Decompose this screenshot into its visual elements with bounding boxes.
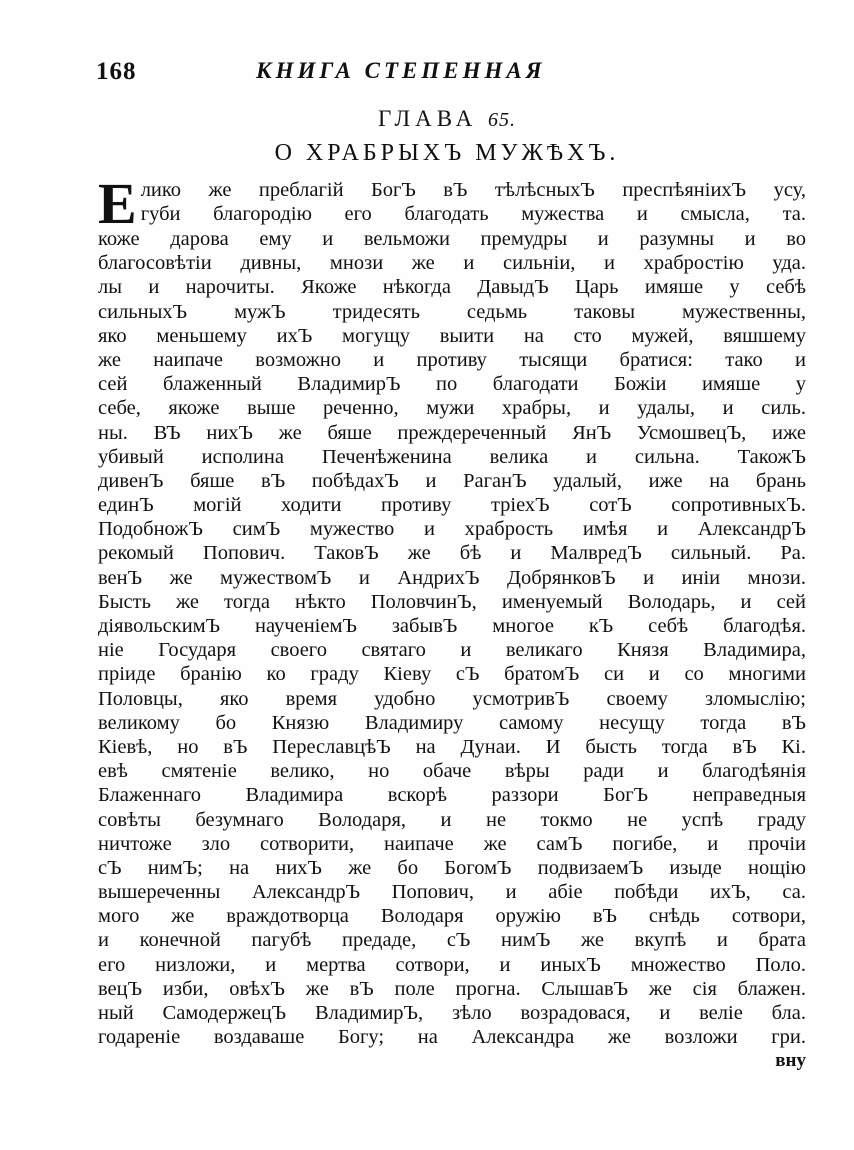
text-line: сЪ нимЪ; на нихЪ же бо БогомЪ подвизаемЪ… [98,856,806,880]
text-line: сей блаженный ВладимирЪ по благодати Бож… [98,372,806,396]
text-line: губи благородію его благодать мужества и… [98,202,806,226]
chapter-label: ГЛАВА [378,106,477,131]
chapter-number: 65. [488,109,516,131]
text-line: и конечной пагубѣ предаде, сЪ нимЪ же вк… [98,928,806,952]
text-line: ный СамодержецЪ ВладимирЪ, зѣло возрадов… [98,1001,806,1025]
text-line: Половцы, яко время удобно усмотривЪ свое… [98,687,806,711]
body-text: Е лико же преблагій БогЪ вЪ тѣлѣсныхЪ пр… [98,178,806,1074]
text-line: коже дарова ему и вельможи премудры и ра… [98,227,806,251]
text-line: единЪ могій ходити противу тріехЪ сотЪ с… [98,493,806,517]
text-line: евѣ смятеніе велико, но обаче вѣры ради … [98,759,806,783]
chapter-heading: ГЛАВА 65. [0,106,854,132]
catchword: вну [98,1049,806,1073]
text-line: дивенЪ бяше вЪ побѣдахЪ и РаганЪ удалый,… [98,469,806,493]
text-line: великому бо Князю Владимиру самому несущ… [98,711,806,735]
text-line: убивый исполина Печенѣженина велика и си… [98,445,806,469]
text-line: Блаженнаго Владимира вскорѣ раззори БогЪ… [98,783,806,807]
text-line: яко меньшему ихЪ могущу выити на сто муж… [98,324,806,348]
drop-cap: Е [98,181,137,227]
text-line: себе, якоже выше реченно, мужи храбры, и… [98,396,806,420]
text-line: венЪ же мужествомЪ и АндрихЪ ДобрянковЪ … [98,566,806,590]
text-line: мого же враждотворца Володаря оружію вЪ … [98,904,806,928]
text-line: ны. ВЪ нихЪ же бяше преждереченный ЯнЪ У… [98,421,806,445]
text-line: годареніе воздаваше Богу; на Александра … [98,1025,806,1049]
chapter-title: О ХРАБРЫХЪ МУЖѢХЪ. [0,140,854,167]
text-line: Кіевѣ, но вЪ ПереславцѣЪ на Дунаи. И быс… [98,735,806,759]
running-header: 168 КНИГА СТЕПЕННАЯ [96,58,816,92]
first-paragraph-opening: Е лико же преблагій БогЪ вЪ тѣлѣсныхЪ пр… [98,178,806,227]
text-line: лико же преблагій БогЪ вЪ тѣлѣсныхЪ прес… [98,178,806,202]
text-line: Бысть же тогда нѣкто ПоловчинЪ, именуемы… [98,590,806,614]
text-line: ПодобножЪ симЪ мужество и храбрость имѣя… [98,517,806,541]
text-line: ніе Государя своего святаго и великаго К… [98,638,806,662]
text-line: лы и нарочиты. Якоже нѣкогда ДавыдЪ Царь… [98,275,806,299]
text-line: же наипаче возможно и противу тысящи бра… [98,348,806,372]
text-line: пріиде бранію ко граду Кіеву сЪ братомЪ … [98,662,806,686]
text-line: вецЪ изби, овѣхЪ же вЪ поле прогна. Слыш… [98,977,806,1001]
text-line: благосовѣтіи дивны, мнози же и сильніи, … [98,251,806,275]
text-line: рекомый Попович. ТаковЪ же бѣ и МалвредЪ… [98,541,806,565]
page-number: 168 [96,58,137,86]
text-line: діявольскимЪ наученіемЪ забывЪ многое кЪ… [98,614,806,638]
text-line: сильныхЪ мужЪ тридесять седьмь таковы му… [98,300,806,324]
text-line: вышереченны АлександрЪ Попович, и абіе п… [98,880,806,904]
text-line: его низложи, и мертва сотвори, и иныхЪ м… [98,953,806,977]
text-line: ничтоже зло сотворити, наипаче же самЪ п… [98,832,806,856]
book-page: 168 КНИГА СТЕПЕННАЯ ГЛАВА 65. О ХРАБРЫХЪ… [0,0,854,1150]
book-title: КНИГА СТЕПЕННАЯ [256,58,546,84]
text-line: совѣты безумнаго Володаря, и не токмо не… [98,808,806,832]
